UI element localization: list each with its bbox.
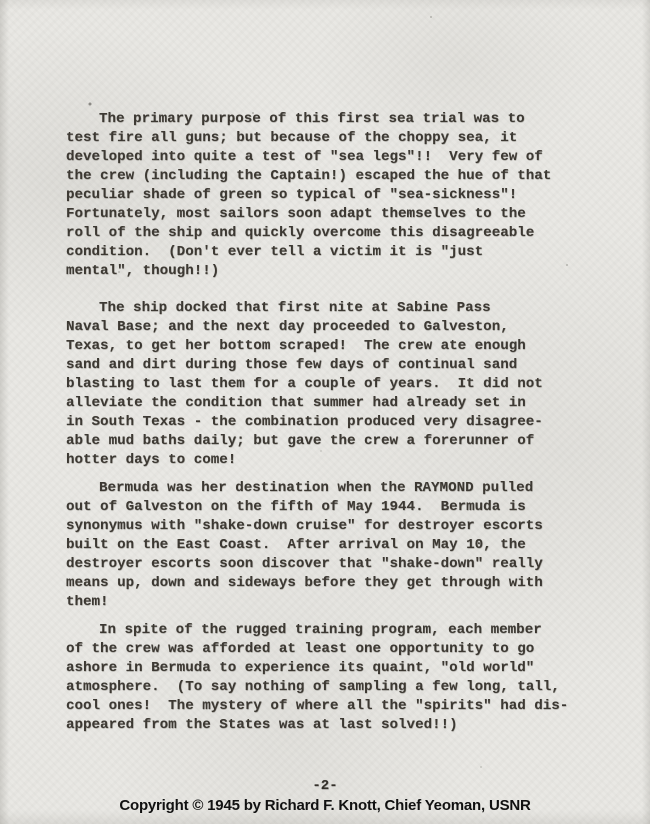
text-line: condition. (Don't ever tell a victim it … xyxy=(66,243,606,262)
text-line: Bermuda was her destination when the RAY… xyxy=(66,479,606,498)
text-line: means up, down and sideways before they … xyxy=(66,574,606,593)
text-line: Fortunately, most sailors soon adapt the… xyxy=(66,205,606,224)
text-line: synonymus with "shake-down cruise" for d… xyxy=(66,517,606,536)
text-line: atmosphere. (To say nothing of sampling … xyxy=(66,678,606,697)
text-line: ashore in Bermuda to experience its quai… xyxy=(66,659,606,678)
text-line: in South Texas - the combination produce… xyxy=(66,413,606,432)
text-line: them! xyxy=(66,593,606,612)
text-line: appeared from the States was at last sol… xyxy=(66,716,606,735)
text-line: peculiar shade of green so typical of "s… xyxy=(66,186,606,205)
page-number: -2- xyxy=(0,778,650,794)
scan-speck-artifacts xyxy=(0,0,2,2)
copyright-line: Copyright © 1945 by Richard F. Knott, Ch… xyxy=(0,796,650,815)
text-line: In spite of the rugged training program,… xyxy=(66,621,606,640)
text-line: blasting to last them for a couple of ye… xyxy=(66,375,606,394)
text-line: mental", though!!) xyxy=(66,262,606,281)
text-line: cool ones! The mystery of where all the … xyxy=(66,697,606,716)
text-line: roll of the ship and quickly overcome th… xyxy=(66,224,606,243)
text-line: destroyer escorts soon discover that "sh… xyxy=(66,555,606,574)
text-line: out of Galveston on the fifth of May 194… xyxy=(66,498,606,517)
text-line: Texas, to get her bottom scraped! The cr… xyxy=(66,337,606,356)
text-line: test fire all guns; but because of the c… xyxy=(66,129,606,148)
text-line: able mud baths daily; but gave the crew … xyxy=(66,432,606,451)
text-line: The primary purpose of this first sea tr… xyxy=(66,110,606,129)
paragraph-1: The primary purpose of this first sea tr… xyxy=(66,110,606,281)
text-line: sand and dirt during those few days of c… xyxy=(66,356,606,375)
text-line: of the crew was afforded at least one op… xyxy=(66,640,606,659)
text-line: Naval Base; and the next day proceeded t… xyxy=(66,318,606,337)
text-line: hotter days to come! xyxy=(66,451,606,470)
paragraph-3: Bermuda was her destination when the RAY… xyxy=(66,479,606,612)
text-line: alleviate the condition that summer had … xyxy=(66,394,606,413)
text-line: The ship docked that first nite at Sabin… xyxy=(66,299,606,318)
text-line: developed into quite a test of "sea legs… xyxy=(66,148,606,167)
scanned-page: The primary purpose of this first sea tr… xyxy=(0,0,650,824)
paragraph-2: The ship docked that first nite at Sabin… xyxy=(66,299,606,470)
paragraph-4: In spite of the rugged training program,… xyxy=(66,621,606,735)
text-line: the crew (including the Captain!) escape… xyxy=(66,167,606,186)
text-line: built on the East Coast. After arrival o… xyxy=(66,536,606,555)
